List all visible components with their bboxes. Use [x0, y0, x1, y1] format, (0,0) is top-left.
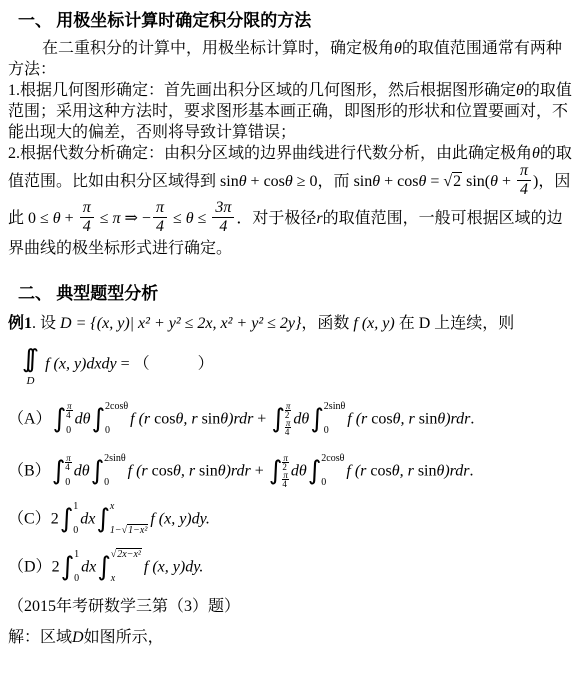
text-run: 在 D 上连续，则 [395, 315, 515, 332]
upper-limit: π2 [285, 402, 292, 419]
formula-theta-range: 0 ≤ θ + π4 ≤ π ⇒ −π4 ≤ θ ≤ 3π4． [28, 210, 252, 227]
section2-heading: 二、 典型题型分析 [18, 283, 577, 305]
text-run: 解：区域 [8, 629, 72, 646]
upper-limit: π4 [66, 402, 73, 419]
option-label: （A） [8, 411, 52, 428]
integral-sign: ∫ [97, 549, 111, 585]
fraction-pi-4: π4 [80, 199, 94, 236]
text-run: 1.根据几何图形确定：首先画出积分区域的几何图形，然后根据图形确定 [8, 82, 516, 99]
plus-sign: + [251, 463, 268, 480]
formula-sin-cos-identity: sinθ + cosθ = √2 sin(θ + π4) [354, 173, 539, 190]
lower-limit: x [111, 574, 142, 584]
example-label: 例1 [8, 315, 32, 332]
lower-limit: 0 [65, 478, 72, 488]
radical: √2x−x² [111, 548, 142, 560]
option-b: （B）∫π40dθ∫2sinθ0f (r cosθ, r sinθ)rdr + … [8, 454, 577, 490]
text-run: 对于极径 [252, 210, 316, 227]
upper-limit: √2x−x² [111, 550, 142, 560]
integrand: f (x, y)dxdy [45, 356, 117, 373]
lower-limit: 0 [73, 526, 78, 536]
text-run: . 设 [32, 315, 60, 332]
formula-domain-D: D = {(x, y)| x² + y² ≤ 2x, x² + y² ≤ 2y} [60, 315, 301, 332]
option-label: （C） [8, 511, 51, 528]
integral-sign: ∫ [52, 453, 66, 489]
upper-limit: 2sinθ [104, 454, 125, 464]
upper-limit: 2cosθ [321, 454, 344, 464]
upper-limit: 2sinθ [324, 402, 345, 412]
integral: ∫π40 [53, 401, 73, 437]
radical: √2 [443, 172, 462, 190]
plus-sign: + [253, 411, 270, 428]
option-d: （D）2∫10dx∫√2x−x²xf (x, y)dy. [8, 550, 577, 586]
math-theta: θ [516, 82, 524, 99]
text-run: ， [538, 173, 554, 190]
lower-limit: π4 [285, 419, 292, 436]
integral: ∫x1−√1−x² [96, 501, 148, 537]
upper-limit: 1 [74, 550, 79, 560]
integral-sign: ∫ [96, 501, 110, 537]
upper-limit: x [110, 502, 148, 512]
example1-statement: 例1. 设 D = {(x, y)| x² + y² ≤ 2x, x² + y²… [8, 313, 577, 334]
integral: ∫π2π4 [271, 401, 291, 437]
period: . [470, 411, 474, 428]
lower-limit: 0 [74, 574, 79, 584]
integrand: f (r cosθ, r sinθ)rdr [128, 463, 251, 480]
math-theta: θ [532, 145, 540, 162]
integral: ∫2cosθ0 [308, 453, 345, 489]
integral: ∫√2x−x²x [97, 549, 142, 585]
double-integral-sign: ∫∫D [22, 344, 39, 386]
option-c: （C）2∫10dx∫x1−√1−x²f (x, y)dy. [8, 502, 577, 538]
formula-fxy: f (x, y) [353, 315, 394, 332]
integrand: f (r cosθ, r sinθ)rdr [130, 411, 253, 428]
formula-sin-cos-geq0: sinθ + cosθ ≥ 0 [220, 173, 318, 190]
exam-source: （2015年考研数学三第（3）题） [8, 596, 577, 617]
integral-sign: ∫ [91, 401, 105, 437]
upper-limit: π4 [65, 454, 72, 471]
option-label: （B） [8, 463, 51, 480]
method-algebraic: 2.根据代数分析确定：由积分区域的边界曲线进行代数分析，由此确定极角θ的取值范围… [8, 143, 577, 259]
solution-intro: 解：区域D如图所示， [8, 627, 577, 648]
integral-sign: ∫ [310, 401, 324, 437]
differential: dx [80, 511, 95, 528]
integral: ∫10 [61, 549, 80, 585]
text-run: 如图所示， [84, 629, 164, 646]
lower-limit: π4 [282, 471, 289, 488]
integral: ∫2sinθ0 [91, 453, 126, 489]
lower-limit: 0 [105, 426, 128, 436]
integral-sign: ∫ [271, 401, 285, 437]
integrand: f (x, y)dy. [144, 559, 204, 576]
differential: dθ [74, 463, 90, 480]
text-run: 2.根据代数分析确定：由积分区域的边界曲线进行代数分析，由此确定极角 [8, 145, 532, 162]
differential: dθ [291, 463, 307, 480]
integral-sign: ∫ [26, 344, 39, 373]
upper-limit: 1 [73, 502, 78, 512]
integrand: f (r cosθ, r sinθ)rdr [347, 411, 470, 428]
math-D: D [72, 629, 84, 646]
section1-heading: 一、 用极坐标计算时确定积分限的方法 [18, 10, 577, 32]
coefficient: 2 [52, 559, 60, 576]
integrand: f (r cosθ, r sinθ)rdr [346, 463, 469, 480]
double-integral-expression: ∫∫Df (x, y)dxdy = （ ） [8, 344, 577, 386]
integral: ∫2cosθ0 [91, 401, 128, 437]
differential: dθ [75, 411, 91, 428]
differential: dθ [293, 411, 309, 428]
integrand: f (x, y)dy. [150, 511, 210, 528]
upper-limit: 2cosθ [105, 402, 128, 412]
fraction-3pi-4: 3π4 [212, 199, 234, 236]
integral-sign: ∫ [308, 453, 322, 489]
radical-sign: √ [443, 173, 452, 190]
integral: ∫10 [60, 501, 79, 537]
integral-sign: ∫ [269, 453, 283, 489]
option-label: （D） [8, 559, 52, 576]
math-theta: θ [394, 40, 402, 57]
fraction-pi-4: π4 [517, 162, 531, 199]
lower-limit: 0 [321, 478, 344, 488]
integral-sign: ∫ [91, 453, 105, 489]
lower-limit: 1−√1−x² [110, 526, 148, 536]
radical: √1−x² [122, 524, 149, 536]
coefficient: 2 [51, 511, 59, 528]
integral: ∫π2π4 [269, 453, 289, 489]
equals-blank: = （ ） [117, 356, 214, 373]
period: . [470, 463, 474, 480]
differential: dx [81, 559, 96, 576]
integral-sign: ∫ [61, 549, 75, 585]
integral: ∫π40 [52, 453, 72, 489]
integral-sign: ∫ [60, 501, 74, 537]
integral: ∫2sinθ0 [310, 401, 345, 437]
lower-limit: 0 [66, 426, 73, 436]
text-run: ，函数 [301, 315, 353, 332]
intro-paragraph: 在二重积分的计算中，用极坐标计算时，确定极角θ的取值范围通常有两种方法： [8, 38, 577, 80]
method-geometric: 1.根据几何图形确定：首先画出积分区域的几何图形，然后根据图形确定θ的取值范围；… [8, 80, 577, 143]
upper-limit: π2 [282, 454, 289, 471]
lower-limit: 0 [324, 426, 345, 436]
lower-limit: 0 [104, 478, 125, 488]
integral-sign: ∫ [53, 401, 67, 437]
text-run: ，而 [318, 173, 354, 190]
document: 一、 用极坐标计算时确定积分限的方法 在二重积分的计算中，用极坐标计算时，确定极… [0, 0, 585, 648]
fraction-pi-4: π4 [153, 199, 167, 236]
text-run: 在二重积分的计算中，用极坐标计算时，确定极角 [42, 40, 394, 57]
option-a: （A）∫π40dθ∫2cosθ0f (r cosθ, r sinθ)rdr + … [8, 402, 577, 438]
